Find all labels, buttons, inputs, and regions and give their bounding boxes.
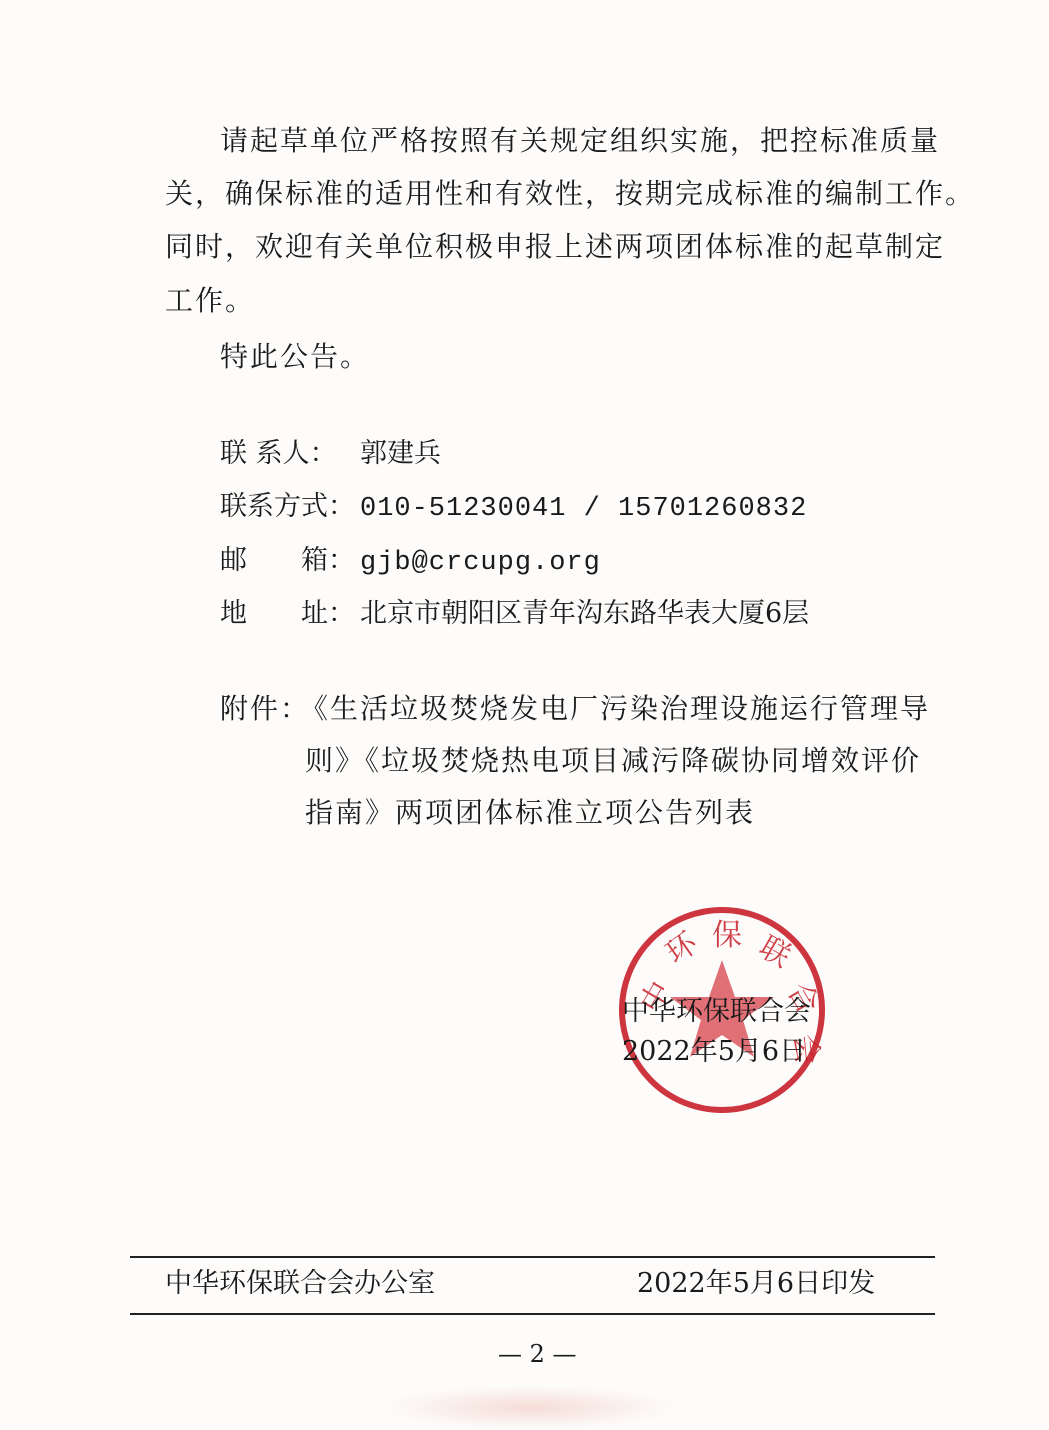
contact-email-row: 邮 箱：gjb@crcupg.org: [220, 547, 601, 577]
notice-text: 特此公告。: [220, 343, 370, 371]
footer-issued-date: 2022年5月6日印发: [637, 1270, 875, 1297]
svg-text:保: 保: [712, 918, 742, 953]
scan-smudge: [380, 1385, 680, 1430]
svg-text:环: 环: [660, 925, 705, 971]
contact-person-value: 郭建兵: [360, 440, 441, 467]
paragraph-line-3: 同时，欢迎有关单位积极申报上述两项团体标准的起草制定: [165, 233, 945, 261]
page-number: — 2 —: [498, 1340, 577, 1368]
contact-person-label: 联 系人：: [220, 440, 360, 467]
contact-phone-row: 联系方式：010-51230041 / 15701260832: [220, 493, 807, 523]
attachment-line-1: 《生活垃圾焚烧发电厂污染治理设施运行管理导: [300, 695, 930, 723]
contact-address-row: 地 址：北京市朝阳区青年沟东路华表大厦6层: [220, 600, 809, 627]
contact-address-label: 地 址：: [220, 600, 360, 627]
paragraph-line-4: 工作。: [165, 287, 255, 315]
signature-org: 中华环保联合会: [622, 998, 811, 1025]
footer-top-rule: [130, 1256, 935, 1258]
contact-email-value: gjb@crcupg.org: [360, 550, 601, 577]
contact-person-row: 联 系人：郭建兵: [220, 440, 441, 467]
contact-phone-label: 联系方式：: [220, 493, 360, 520]
attachment-label: 附件：: [220, 695, 310, 723]
paragraph-line-1: 请起草单位严格按照有关规定组织实施，把控标准质量: [220, 127, 940, 155]
signature-date: 2022年5月6日: [622, 1038, 806, 1065]
contact-email-label: 邮 箱：: [220, 547, 360, 574]
contact-address-value: 北京市朝阳区青年沟东路华表大厦6层: [360, 600, 809, 627]
contact-phone-value: 010-51230041 / 15701260832: [360, 496, 807, 523]
footer-bottom-rule: [130, 1313, 935, 1315]
attachment-line-3: 指南》两项团体标准立项公告列表: [305, 799, 755, 827]
attachment-line-2: 则》《垃圾焚烧热电项目减污降碳协同增效评价: [305, 747, 921, 775]
paragraph-line-2: 关，确保标准的适用性和有效性，按期完成标准的编制工作。: [165, 180, 975, 208]
footer-office: 中华环保联合会办公室: [165, 1270, 435, 1297]
